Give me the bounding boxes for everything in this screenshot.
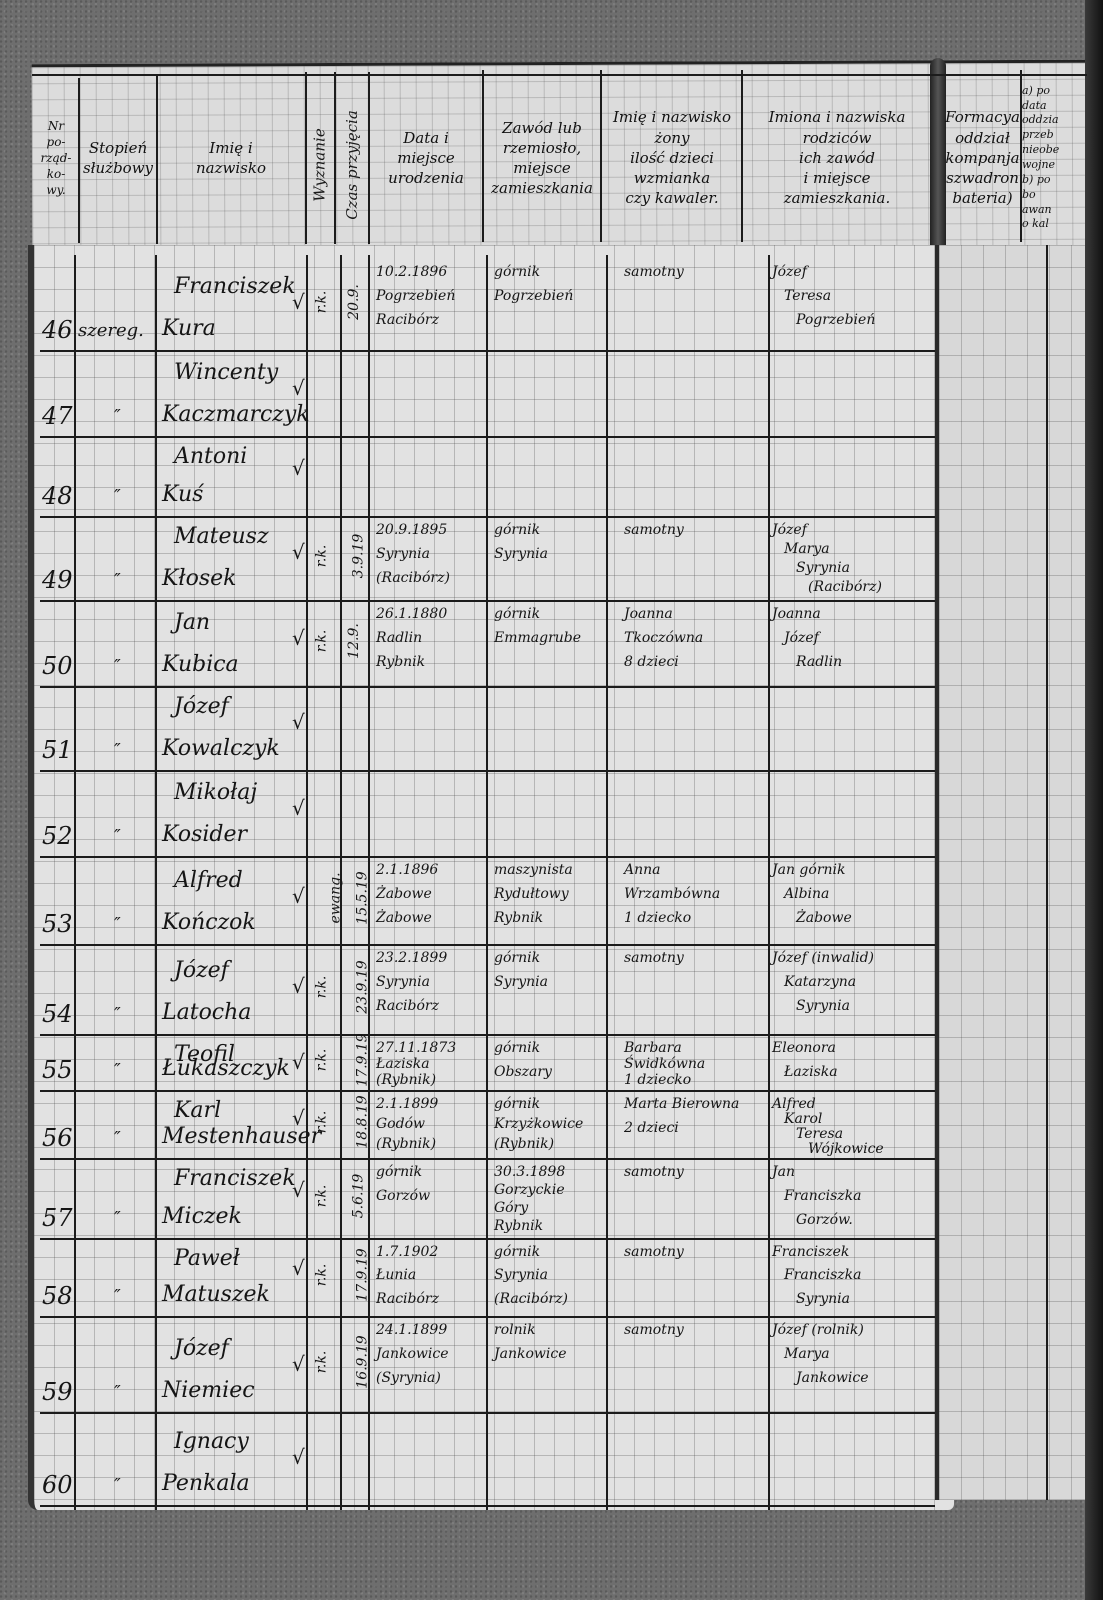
parents-info: Karol	[784, 1111, 822, 1127]
birth-info: Rybnik	[376, 654, 425, 670]
parents-info: Katarzyna	[784, 974, 856, 990]
birth-info: 24.1.1899	[376, 1322, 447, 1338]
religion: r.k.	[313, 545, 329, 568]
header-line: rodziców	[743, 128, 931, 148]
header-line: nieobe	[1022, 143, 1059, 158]
header-line: Imię i	[158, 138, 304, 158]
table-row: 47″WincentyKaczmarczyk√	[34, 350, 934, 436]
rank: ″	[114, 1475, 121, 1496]
wife-info: Joanna	[624, 606, 673, 622]
wife-info: Marta Bierowna	[624, 1096, 739, 1112]
column-header-notes: a) podataoddziaprzebnieobewojneb) poboaw…	[1022, 78, 1082, 238]
occupation-info: Rydułtowy	[494, 886, 569, 902]
checkmark: √	[292, 1050, 305, 1074]
last-name: Kłosek	[162, 566, 236, 591]
last-name: Kosider	[162, 822, 247, 847]
parents-info: Syrynia	[796, 998, 850, 1014]
date-admitted: 15.5.19	[355, 871, 371, 924]
column-header-occupation: Zawód lubrzemiosło,miejscezamieszkania	[484, 78, 600, 238]
occupation-info: górnik	[494, 1244, 540, 1260]
birth-info: 2.1.1896	[376, 862, 438, 878]
rank: ″	[114, 1004, 121, 1025]
rank: ″	[114, 570, 121, 591]
row-number: 57	[42, 1204, 73, 1232]
rank: ″	[114, 914, 121, 935]
wife-info: 1 dziecko	[624, 910, 691, 926]
date-admitted: 3.9.19	[350, 534, 366, 579]
header-line: zamieszkania.	[743, 188, 931, 208]
first-name: Mateusz	[174, 524, 269, 549]
row-number: 48	[42, 482, 73, 510]
header-line: urodzenia	[370, 168, 482, 188]
last-name: Miczek	[162, 1204, 242, 1229]
parents-info: Józef	[772, 264, 807, 280]
first-name: Antoni	[174, 444, 247, 469]
last-name: Niemiec	[162, 1378, 255, 1403]
row-number: 46	[42, 316, 73, 344]
column-header-wife: Imię i nazwiskożonyilość dzieciwzmiankac…	[602, 78, 742, 238]
wife-info: samotny	[624, 950, 684, 966]
header-line: wojne	[1022, 158, 1055, 173]
occupation-info: rolnik	[494, 1322, 536, 1338]
row-number: 53	[42, 910, 73, 938]
header-line: Stopień	[80, 138, 156, 158]
table-row: 53″AlfredKończok√ewang.15.5.192.1.1896Ża…	[34, 856, 934, 944]
checkmark: √	[292, 290, 305, 314]
birth-info: (Rybnik)	[376, 1136, 436, 1152]
parents-info: Jan górnik	[772, 862, 846, 878]
occupation-info: górnik	[494, 264, 540, 280]
birth-info: Gorzów	[376, 1188, 430, 1204]
occupation-info: górnik	[494, 1096, 540, 1112]
wife-info: Tkoczówna	[624, 630, 703, 646]
header-line: przeb	[1022, 128, 1054, 143]
row-number: 59	[42, 1378, 73, 1406]
header-line: Imiona i nazwiska	[743, 107, 931, 127]
checkmark: √	[292, 1256, 305, 1280]
date-admitted: 18.8.19	[355, 1095, 371, 1148]
header-label: Czas przyjęcia	[343, 110, 361, 220]
birth-info: (Racibórz)	[376, 570, 450, 586]
occupation-info: Jankowice	[494, 1346, 566, 1362]
date-admitted: 5.6.19	[350, 1174, 366, 1219]
first-name: Wincenty	[174, 360, 278, 385]
column-header-religion: Wyznanie	[305, 90, 335, 240]
checkmark: √	[292, 376, 305, 400]
occupation-info: Obszary	[494, 1064, 552, 1080]
header-line: Formacya	[945, 107, 1020, 127]
rank: ″	[114, 1286, 121, 1307]
header-line: ko-	[34, 166, 78, 182]
table-row: 59″JózefNiemiec√r.k.16.9.1924.1.1899Jank…	[34, 1316, 934, 1412]
first-name: Józef	[174, 1336, 229, 1361]
first-name: Józef	[174, 958, 229, 983]
header-line: wy.	[34, 182, 78, 198]
date-admitted: 16.9.19	[355, 1335, 371, 1388]
occupation-info: Góry	[494, 1200, 528, 1216]
occupation-info: (Racibórz)	[494, 1291, 568, 1307]
birth-info: (Syrynia)	[376, 1370, 441, 1386]
header-line: ilość dzieci	[602, 148, 742, 168]
birth-info: 10.2.1896	[376, 264, 447, 280]
header-line: Nr	[34, 118, 78, 134]
parents-info: Łaziska	[784, 1064, 838, 1080]
religion: ewang.	[328, 872, 344, 923]
birth-info: 1.7.1902	[376, 1244, 438, 1260]
row-number: 49	[42, 566, 73, 594]
religion: r.k.	[313, 1111, 329, 1134]
first-name: Jan	[174, 610, 210, 635]
last-name: Kura	[162, 316, 216, 341]
header-line: czy kawaler.	[602, 188, 742, 208]
religion: r.k.	[313, 630, 329, 653]
header-line: miejsce	[370, 148, 482, 168]
table-row: 50″JanKubica√r.k.12.9.26.1.1880RadlinRyb…	[34, 600, 934, 686]
birth-info: Pogrzebień	[376, 288, 455, 304]
occupation-info: Syrynia	[494, 546, 548, 562]
checkmark: √	[292, 1178, 305, 1202]
row-number: 58	[42, 1282, 73, 1310]
parents-info: Józef	[772, 522, 807, 538]
birth-info: Racibórz	[376, 312, 439, 328]
page-fold	[930, 58, 946, 248]
birth-info: Jankowice	[376, 1346, 448, 1362]
occupation-info: Rybnik	[494, 910, 543, 926]
occupation-info: 30.3.1898	[494, 1164, 565, 1180]
parents-info: Gorzów.	[796, 1212, 853, 1228]
occupation-info: Syrynia	[494, 974, 548, 990]
date-admitted: 17.9.19	[355, 1248, 371, 1301]
header-line: rząd-	[34, 150, 78, 166]
last-name: Kowalczyk	[162, 736, 280, 761]
parents-info: Wójkowice	[808, 1141, 884, 1157]
column-header-date_admitted: Czas przyjęcia	[336, 90, 368, 240]
first-name: Paweł	[174, 1246, 240, 1271]
wife-info: 2 dzieci	[624, 1120, 679, 1136]
row-number: 52	[42, 822, 73, 850]
last-name: Kończok	[162, 910, 256, 935]
rank: ″	[114, 740, 121, 761]
first-name: Alfred	[174, 868, 243, 893]
header-line: miejsce	[484, 158, 600, 178]
parents-info: Żabowe	[796, 910, 852, 926]
header-line: o kal	[1022, 217, 1049, 232]
header-line: Zawód lub	[484, 118, 600, 138]
birth-info: Łunia	[376, 1267, 416, 1283]
wife-info: samotny	[624, 1322, 684, 1338]
row-number: 51	[42, 736, 73, 764]
occupation-info: górnik	[494, 950, 540, 966]
birth-info: Godów	[376, 1116, 425, 1132]
first-name: Karl	[174, 1098, 221, 1123]
religion: r.k.	[313, 1049, 329, 1072]
birth-info: Racibórz	[376, 998, 439, 1014]
header-line: wzmianka	[602, 168, 742, 188]
parents-info: Franciszek	[772, 1244, 849, 1260]
table-row: 48″AntoniKuś√	[34, 436, 934, 516]
header-line: bo	[1022, 188, 1036, 203]
checkmark: √	[292, 626, 305, 650]
occupation-info: (Rybnik)	[494, 1136, 554, 1152]
wife-info: samotny	[624, 522, 684, 538]
religion: r.k.	[313, 1264, 329, 1287]
birth-info: 2.1.1899	[376, 1096, 438, 1112]
parents-info: Syrynia	[796, 1291, 850, 1307]
header-line: awan	[1022, 203, 1052, 218]
checkmark: √	[292, 1352, 305, 1376]
parents-info: (Racibórz)	[808, 579, 882, 595]
parents-info: Albina	[784, 886, 829, 902]
parents-info: Józef	[784, 630, 819, 646]
parents-info: Józef (rolnik)	[772, 1322, 864, 1338]
row-number: 50	[42, 652, 73, 680]
column-header-name: Imię inazwisko	[158, 78, 304, 238]
parents-info: Marya	[784, 541, 830, 557]
table-row: 60″IgnacyPenkala√	[34, 1412, 934, 1505]
last-name: Kubica	[162, 652, 239, 677]
occupation-info: Gorzyckie	[494, 1182, 565, 1198]
wife-info: Anna	[624, 862, 661, 878]
last-name: Penkala	[162, 1471, 250, 1496]
birth-info: Radlin	[376, 630, 422, 646]
checkmark: √	[292, 1106, 305, 1130]
religion: r.k.	[313, 1185, 329, 1208]
first-name: Józef	[174, 694, 229, 719]
row-number: 56	[42, 1124, 73, 1152]
parents-info: Radlin	[796, 654, 842, 670]
birth-info: 20.9.1895	[376, 522, 447, 538]
table-row: 52″MikołajKosider√	[34, 770, 934, 856]
rank: ″	[114, 656, 121, 677]
last-name: Matuszek	[162, 1282, 270, 1307]
header-line: nazwisko	[158, 158, 304, 178]
first-name: Ignacy	[174, 1429, 249, 1454]
occupation-info: Krzyżkowice	[494, 1116, 583, 1132]
birth-info: Żabowe	[376, 886, 432, 902]
rank: szereg.	[78, 320, 144, 341]
checkmark: √	[292, 796, 305, 820]
column-header-rank: Stopieńsłużbowy	[80, 78, 156, 238]
last-name: Kuś	[162, 482, 203, 507]
wife-info: samotny	[624, 1244, 684, 1260]
header-line: oddział	[945, 128, 1020, 148]
wife-info: Barbara	[624, 1040, 682, 1056]
birth-info: Żabowe	[376, 910, 432, 926]
parents-info: Franciszka	[784, 1188, 861, 1204]
date-admitted: 17.9.19	[355, 1033, 371, 1086]
table-row: 58″PawełMatuszek√r.k.17.9.191.7.1902Łuni…	[34, 1238, 934, 1316]
wife-info: 1 dziecko	[624, 1072, 691, 1088]
checkmark: √	[292, 456, 305, 480]
header-line: oddzia	[1022, 113, 1059, 128]
parents-info: Franciszka	[784, 1267, 861, 1283]
religion: r.k.	[313, 291, 329, 314]
occupation-info: maszynista	[494, 862, 573, 878]
parents-info: Joanna	[772, 606, 821, 622]
birth-info: 23.2.1899	[376, 950, 447, 966]
wife-info: Wrzambówna	[624, 886, 720, 902]
header-line: żony	[602, 128, 742, 148]
header-line: rzemiosło,	[484, 138, 600, 158]
header-line: Data i	[370, 128, 482, 148]
row-number: 55	[42, 1056, 73, 1084]
header-line: bateria)	[945, 188, 1020, 208]
last-name: Łukaszczyk	[162, 1056, 290, 1081]
rank: ″	[114, 1208, 121, 1229]
row-number: 47	[42, 402, 73, 430]
wife-info: samotny	[624, 1164, 684, 1180]
header-line: a) po	[1022, 84, 1050, 99]
parents-info: Jankowice	[796, 1370, 868, 1386]
column-header-no: Nrpo-rząd-ko-wy.	[34, 78, 78, 238]
wife-info: 8 dzieci	[624, 654, 679, 670]
header-line: b) po	[1022, 173, 1051, 188]
header-label: Wyznanie	[311, 128, 329, 201]
row-number: 60	[42, 1471, 73, 1499]
rank: ″	[114, 826, 121, 847]
first-name: Franciszek	[174, 1166, 296, 1191]
first-name: Franciszek	[174, 274, 296, 299]
header-line: ich zawód	[743, 148, 931, 168]
wife-info: samotny	[624, 264, 684, 280]
rank: ″	[114, 486, 121, 507]
page-edge-shadow	[1085, 0, 1103, 1600]
rank: ″	[114, 1382, 121, 1403]
header-line: kompanja	[945, 148, 1020, 168]
rank: ″	[114, 1060, 121, 1081]
religion: r.k.	[313, 976, 329, 999]
occupation-info: Pogrzebień	[494, 288, 573, 304]
parents-info: Józef (inwalid)	[772, 950, 874, 966]
table-row: 54″JózefLatocha√r.k.23.9.1923.2.1899Syry…	[34, 944, 934, 1034]
header-line: i miejsce	[743, 168, 931, 188]
birth-info: (Rybnik)	[376, 1072, 436, 1088]
parents-info: Pogrzebień	[796, 312, 875, 328]
birth-info: 27.11.1873	[376, 1040, 456, 1056]
parents-info: Marya	[784, 1346, 830, 1362]
table-row: 46szereg.FranciszekKura√r.k.20.9.10.2.18…	[34, 258, 934, 350]
header-line: szwadron	[945, 168, 1020, 188]
header-line: Imię i nazwisko	[602, 107, 742, 127]
parents-info: Eleonora	[772, 1040, 836, 1056]
last-name: Latocha	[162, 1000, 251, 1025]
occupation-info: górnik	[494, 606, 540, 622]
birth-info: Syrynia	[376, 546, 430, 562]
table-row: 56″KarlMestenhauser√r.k.18.8.192.1.1899G…	[34, 1090, 934, 1158]
parents-info: Teresa	[784, 288, 831, 304]
table-row: 57″FranciszekMiczek√r.k.5.6.19górnikGorz…	[34, 1158, 934, 1238]
birth-info: 26.1.1880	[376, 606, 447, 622]
row-number: 54	[42, 1000, 73, 1028]
checkmark: √	[292, 540, 305, 564]
column-header-birth: Data imiejsceurodzenia	[370, 78, 482, 238]
header-line: służbowy	[80, 158, 156, 178]
date-admitted: 12.9.	[346, 623, 362, 659]
checkmark: √	[292, 884, 305, 908]
birth-info: Łaziska	[376, 1056, 430, 1072]
table-row: 49″MateuszKłosek√r.k.3.9.1920.9.1895Syry…	[34, 516, 934, 600]
first-name: Mikołaj	[174, 780, 257, 805]
religion: r.k.	[313, 1351, 329, 1374]
occupation-info: Emmagrube	[494, 630, 581, 646]
parents-info: Jan	[772, 1164, 795, 1180]
birth-info: Syrynia	[376, 974, 430, 990]
table-row: 51″JózefKowalczyk√	[34, 686, 934, 770]
header-line: po-	[34, 134, 78, 150]
checkmark: √	[292, 1445, 305, 1469]
column-header-unit: Formacyaoddziałkompanjaszwadronbateria)	[945, 78, 1020, 238]
parents-info: Syrynia	[796, 560, 850, 576]
occupation-info: Rybnik	[494, 1218, 543, 1234]
last-name: Kaczmarczyk	[162, 402, 310, 427]
parents-info: Alfred	[772, 1096, 816, 1112]
occupation-info: Syrynia	[494, 1267, 548, 1283]
rank: ″	[114, 1128, 121, 1149]
date-admitted: 23.9.19	[355, 960, 371, 1013]
date-admitted: 20.9.	[346, 284, 362, 320]
checkmark: √	[292, 710, 305, 734]
column-header-parents: Imiona i nazwiskarodzicówich zawódi miej…	[743, 78, 931, 238]
occupation-info: górnik	[494, 1040, 540, 1056]
adjacent-page	[935, 245, 1089, 1500]
birth-info: górnik	[376, 1164, 422, 1180]
birth-info: Racibórz	[376, 1291, 439, 1307]
wife-info: Świdkówna	[624, 1056, 705, 1072]
rank: ″	[114, 406, 121, 427]
occupation-info: górnik	[494, 522, 540, 538]
header-line: zamieszkania	[484, 178, 600, 198]
header-line: data	[1022, 99, 1047, 114]
parents-info: Teresa	[796, 1126, 843, 1142]
table-row: 55″TeofilŁukaszczyk√r.k.17.9.1927.11.187…	[34, 1034, 934, 1090]
checkmark: √	[292, 974, 305, 998]
